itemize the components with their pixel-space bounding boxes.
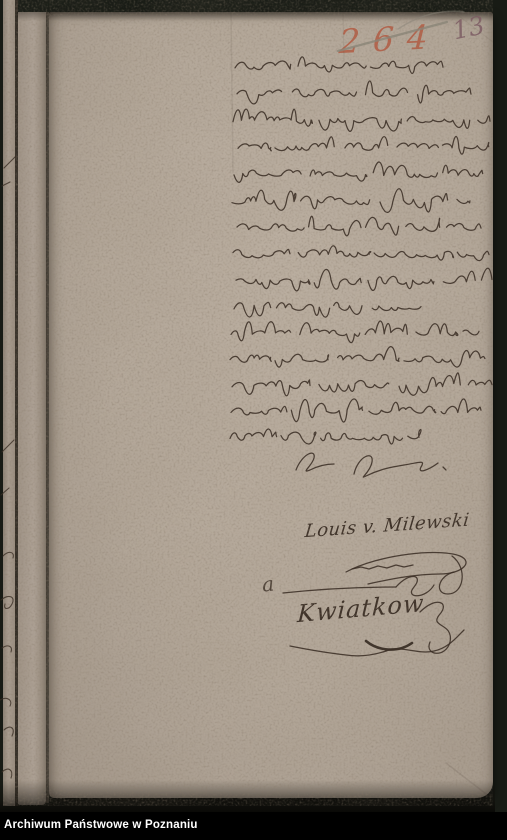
document-scan: 264 13 Louis v. Milewski a Kwiatkow xyxy=(0,0,507,840)
page-bottom-shadow xyxy=(0,780,495,814)
archive-label: Archiwum Państwowe w Poznaniu xyxy=(4,819,507,831)
place-prefix: a xyxy=(261,571,275,596)
footer-bar: Archiwum Państwowe w Poznaniu xyxy=(0,812,507,840)
page-number-red: 264 xyxy=(338,17,442,61)
book-edge-strip-inner xyxy=(18,12,46,805)
book-edge-strip-outer xyxy=(3,0,15,806)
letter-page-paper xyxy=(49,12,493,798)
